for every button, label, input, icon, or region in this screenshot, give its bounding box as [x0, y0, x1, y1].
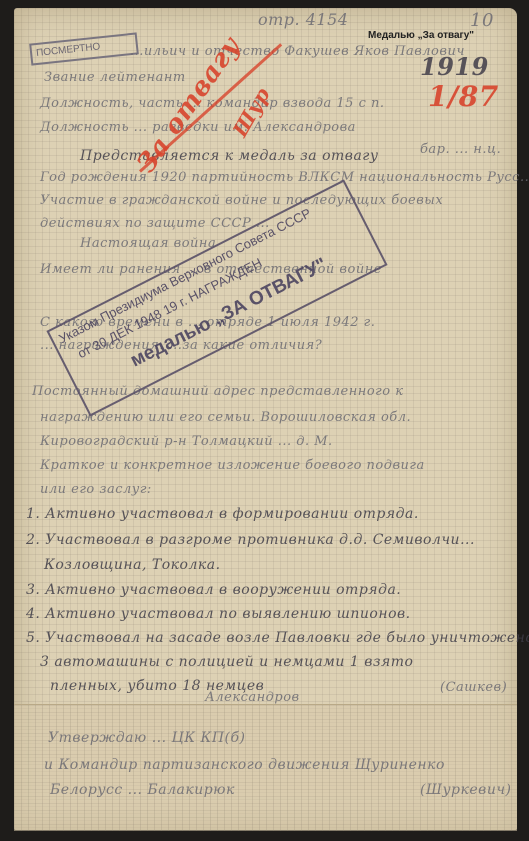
place-note: бар. ... н.ц.: [420, 142, 501, 157]
pencil-number: 1919: [420, 52, 489, 81]
deed-4: 4. Активно участвовал по выявлению шпион…: [26, 606, 411, 622]
present-war-line: Настоящая война: [80, 236, 216, 251]
deed-2-cont: Козловщина, Токолка.: [44, 557, 221, 573]
approval-line-2: и Командир партизанского движения Щурине…: [44, 757, 445, 773]
approval-line-3: Белорусс ... Балакирюк: [50, 782, 235, 798]
birth-year-line: Год рождения 1920 партийность ВЛКСМ наци…: [40, 170, 529, 185]
actions-line: действиях по защите СССР ...: [40, 216, 270, 231]
archive-number: отр. 4154: [258, 10, 348, 29]
approval-signature: (Шуркевич): [420, 782, 512, 798]
rank-line: Звание лейтенант: [44, 70, 186, 85]
nominated-line: Представляется к медаль за отвагу: [80, 148, 378, 164]
position-line-2: Должность ... разведки им. Александрова: [40, 120, 356, 135]
civil-war-line: Участие в гражданской войне и последующи…: [40, 193, 443, 208]
deed-5-cont: 3 автомашины с полицией и немцами 1 взят…: [40, 654, 413, 670]
corner-mark: 10: [470, 10, 494, 31]
name-line: ...ильич и отчество Факушев Яков Павлови…: [130, 44, 465, 59]
printed-medal-label: Медалью „За отвагу": [368, 30, 474, 41]
deed-3: 3. Активно участвовал в вооружении отряд…: [26, 582, 401, 598]
summary-heading-2: или его заслуг:: [40, 482, 152, 497]
deed-2: 2. Участвовал в разгроме противника д.д.…: [26, 532, 475, 548]
approval-line-1: Утверждаю ... ЦК КП(б): [48, 730, 246, 746]
signature-2: (Сашкев): [440, 680, 507, 695]
address-line-3: Кировоградский р-н Толмацкий ... д. М.: [40, 434, 333, 449]
signature-1: Александров: [205, 690, 300, 705]
deed-5: 5. Участвовал на засаде возле Павловки г…: [26, 630, 529, 646]
summary-heading: Краткое и конкретное изложение боевого п…: [40, 458, 425, 473]
red-number: 1/87: [428, 80, 499, 113]
deed-1: 1. Активно участвовал в формировании отр…: [26, 506, 419, 522]
